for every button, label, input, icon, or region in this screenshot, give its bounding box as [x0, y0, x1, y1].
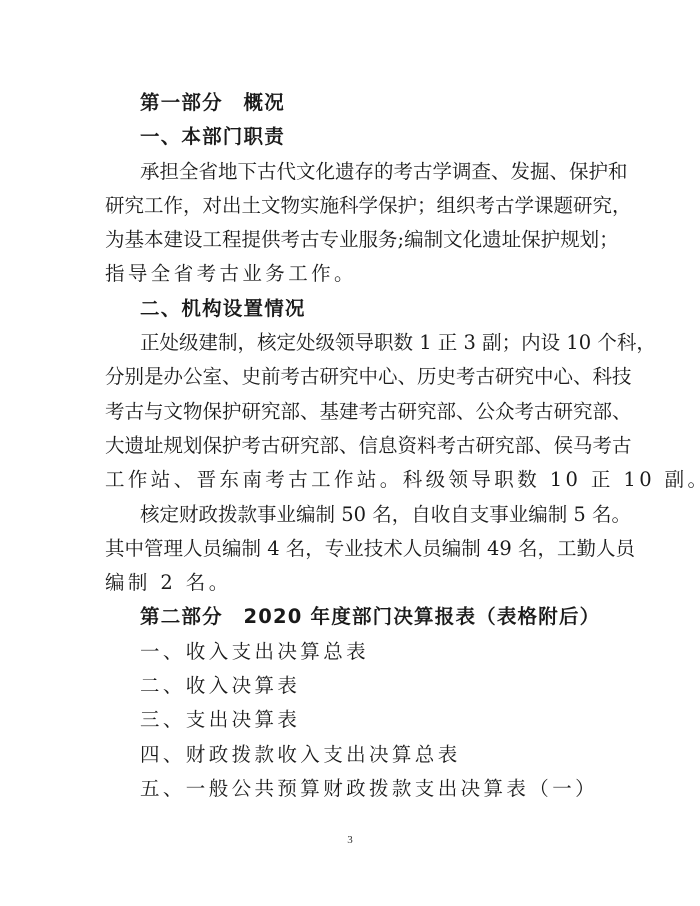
- paragraph-line: 为基本建设工程提供考古专业服务;编制文化遗址保护规划；: [105, 223, 599, 257]
- paragraph-line: 指导全省考古业务工作。: [105, 257, 599, 291]
- list-item: 一、收入支出决算总表: [105, 635, 599, 669]
- page-number: 3: [0, 834, 700, 846]
- section2-paragraph-2: 核定财政拨款事业编制 50 名，自收自支事业编制 5 名。 其中管理人员编制 4…: [105, 498, 599, 601]
- paragraph-line: 核定财政拨款事业编制 50 名，自收自支事业编制 5 名。: [105, 498, 599, 532]
- paragraph-line: 编制 2 名。: [105, 566, 599, 600]
- page-content: 第一部分 概况 一、本部门职责 承担全省地下古代文化遗存的考古学调查、发掘、保护…: [105, 86, 599, 806]
- section1-heading: 一、本部门职责: [105, 120, 599, 154]
- list-item: 二、收入决算表: [105, 669, 599, 703]
- section2-paragraph-1: 正处级建制，核定处级领导职数 1 正 3 副；内设 10 个科， 分别是办公室、…: [105, 326, 599, 497]
- list-item: 五、一般公共预算财政拨款支出决算表（一）: [105, 772, 599, 806]
- paragraph-line: 研究工作，对出土文物实施科学保护；组织考古学课题研究，: [105, 189, 599, 223]
- section2-heading: 二、机构设置情况: [105, 292, 599, 326]
- document-page: 第一部分 概况 一、本部门职责 承担全省地下古代文化遗存的考古学调查、发掘、保护…: [0, 0, 700, 906]
- list-item: 三、支出决算表: [105, 703, 599, 737]
- paragraph-line: 正处级建制，核定处级领导职数 1 正 3 副；内设 10 个科，: [105, 326, 599, 360]
- paragraph-line: 考古与文物保护研究部、基建考古研究部、公众考古研究部、: [105, 395, 599, 429]
- paragraph-line: 工作站、晋东南考古工作站。科级领导职数 10 正 10 副。: [105, 463, 599, 497]
- list-item: 四、财政拨款收入支出决算总表: [105, 738, 599, 772]
- part1-title: 第一部分 概况: [105, 86, 599, 120]
- paragraph-line: 承担全省地下古代文化遗存的考古学调查、发掘、保护和: [105, 155, 599, 189]
- paragraph-line: 其中管理人员编制 4 名，专业技术人员编制 49 名，工勤人员: [105, 532, 599, 566]
- paragraph-line: 大遗址规划保护考古研究部、信息资料考古研究部、侯马考古: [105, 429, 599, 463]
- paragraph-line: 分别是办公室、史前考古研究中心、历史考古研究中心、科技: [105, 360, 599, 394]
- section1-paragraph: 承担全省地下古代文化遗存的考古学调查、发掘、保护和 研究工作，对出土文物实施科学…: [105, 155, 599, 292]
- part2-table-list: 一、收入支出决算总表 二、收入决算表 三、支出决算表 四、财政拨款收入支出决算总…: [105, 635, 599, 806]
- part2-title: 第二部分 2020 年度部门决算报表（表格附后）: [105, 600, 599, 634]
